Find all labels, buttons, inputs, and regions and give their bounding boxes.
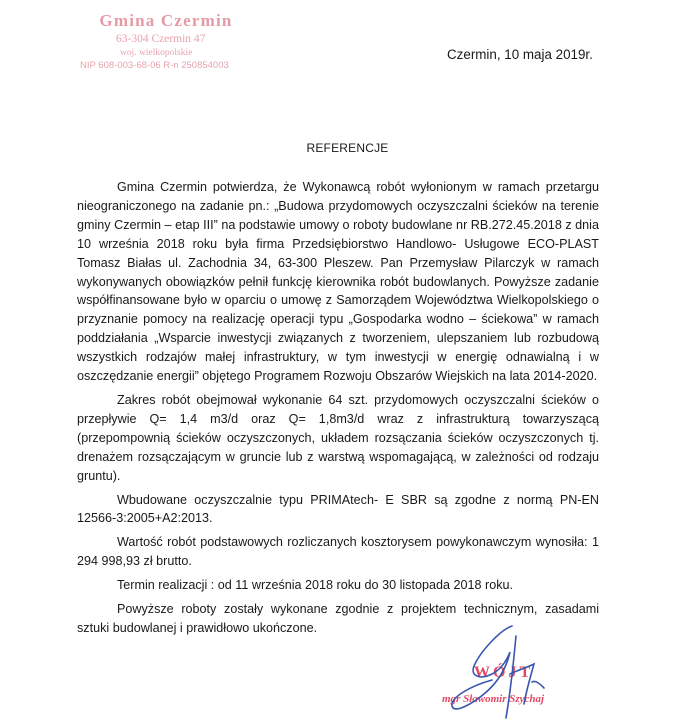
document-title: REFERENCJE: [10, 141, 675, 155]
paragraph-confirmation: Gmina Czermin potwierdza, że Wykonawcą r…: [77, 178, 599, 386]
stamp-voivodeship: woj. wielkopolskie: [120, 49, 246, 59]
stamp-name: Gmina Czermin: [86, 12, 246, 29]
municipality-stamp: Gmina Czermin 63-304 Czermin 47 woj. wie…: [86, 12, 246, 71]
stamp-nip-regon: NIP 608-003-68-06 R-n 250854003: [80, 61, 246, 71]
document-body: Gmina Czermin potwierdza, że Wykonawcą r…: [77, 178, 599, 643]
paragraph-term: Termin realizacji : od 11 września 2018 …: [77, 576, 599, 595]
paragraph-scope: Zakres robót obejmował wykonanie 64 szt.…: [77, 391, 599, 486]
paragraph-value: Wartość robót podstawowych rozliczanych …: [77, 533, 599, 571]
place-and-date: Czermin, 10 maja 2019r.: [447, 47, 593, 62]
paragraph-standard: Wbudowane oczyszczalnie typu PRIMAtech- …: [77, 491, 599, 529]
stamp-address: 63-304 Czermin 47: [116, 34, 246, 46]
handwritten-signature-icon: [440, 622, 600, 722]
signature-block: WÓJT mgr Sławomir Szychaj: [440, 622, 600, 722]
